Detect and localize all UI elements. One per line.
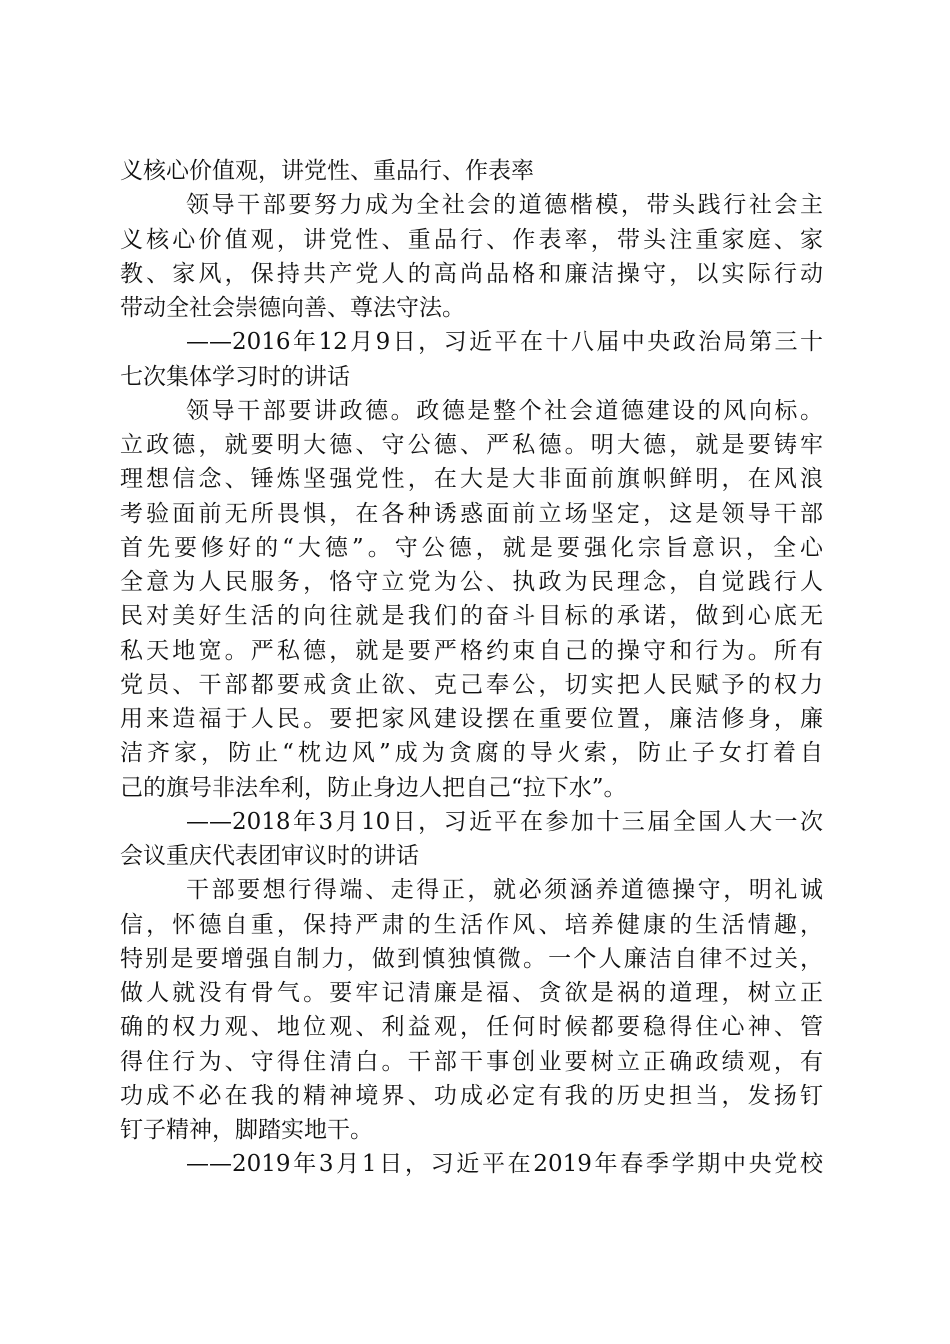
text-line: 钉子精神，脚踏实地干。 [120,1113,823,1147]
citation-line: ——2016年12月9日，习近平在十八届中央政治局第三十 [120,325,823,359]
text-line: 功成不必在我的精神境界、功成必定有我的历史担当，发扬钉 [120,1079,823,1113]
text-line: 用来造福于人民。要把家风建设摆在重要位置，廉洁修身，廉 [120,702,823,736]
text-line: 领导干部要努力成为全社会的道德楷模，带头践行社会主 [120,188,823,222]
text-line: 私天地宽。严私德，就是要严格约束自己的操守和行为。所有 [120,634,823,668]
text-line: 民对美好生活的向往就是我们的奋斗目标的承诺，做到心底无 [120,599,823,633]
text-line: 干部要想行得端、走得正，就必须涵养道德操守，明礼诚 [120,873,823,907]
citation-line: ——2019年3月1日，习近平在2019年春季学期中央党校 [120,1147,823,1181]
document-page: 义核心价值观，讲党性、重品行、作表率领导干部要努力成为全社会的道德楷模，带头践行… [0,0,950,1344]
text-line: 全意为人民服务，恪守立党为公、执政为民理念，自觉践行人 [120,565,823,599]
text-line: 己的旗号非法牟利，防止身边人把自己“拉下水”。 [120,771,823,805]
citation-line: ——2018年3月10日，习近平在参加十三届全国人大一次 [120,805,823,839]
text-line: 党员、干部都要戒贪止欲、克己奉公，切实把人民赋予的权力 [120,668,823,702]
text-line: 七次集体学习时的讲话 [120,360,823,394]
text-line: 理想信念、锤炼坚强党性，在大是大非面前旗帜鲜明，在风浪 [120,462,823,496]
text-line: 确的权力观、地位观、利益观，任何时候都要稳得住心神、管 [120,1010,823,1044]
text-line: 立政德，就要明大德、守公德、严私德。明大德，就是要铸牢 [120,428,823,462]
text-line: 洁齐家，防止“枕边风”成为贪腐的导火索，防止子女打着自 [120,736,823,770]
text-line: 会议重庆代表团审议时的讲话 [120,839,823,873]
text-line: 得住行为、守得住清白。干部干事创业要树立正确政绩观，有 [120,1045,823,1079]
text-line: 义核心价值观，讲党性、重品行、作表率 [120,154,823,188]
text-line: 带动全社会崇德向善、尊法守法。 [120,291,823,325]
text-line: 做人就没有骨气。要牢记清廉是福、贪欲是祸的道理，树立正 [120,976,823,1010]
text-line: 特别是要增强自制力，做到慎独慎微。一个人廉洁自律不过关， [120,942,823,976]
text-line: 教、家风，保持共产党人的高尚品格和廉洁操守，以实际行动 [120,257,823,291]
text-line: 领导干部要讲政德。政德是整个社会道德建设的风向标。 [120,394,823,428]
text-line: 首先要修好的“大德”。守公德，就是要强化宗旨意识，全心 [120,531,823,565]
text-line: 考验面前无所畏惧，在各种诱惑面前立场坚定，这是领导干部 [120,497,823,531]
document-body: 义核心价值观，讲党性、重品行、作表率领导干部要努力成为全社会的道德楷模，带头践行… [120,154,823,1182]
text-line: 义核心价值观，讲党性、重品行、作表率，带头注重家庭、家 [120,223,823,257]
text-line: 信，怀德自重，保持严肃的生活作风、培养健康的生活情趣， [120,908,823,942]
